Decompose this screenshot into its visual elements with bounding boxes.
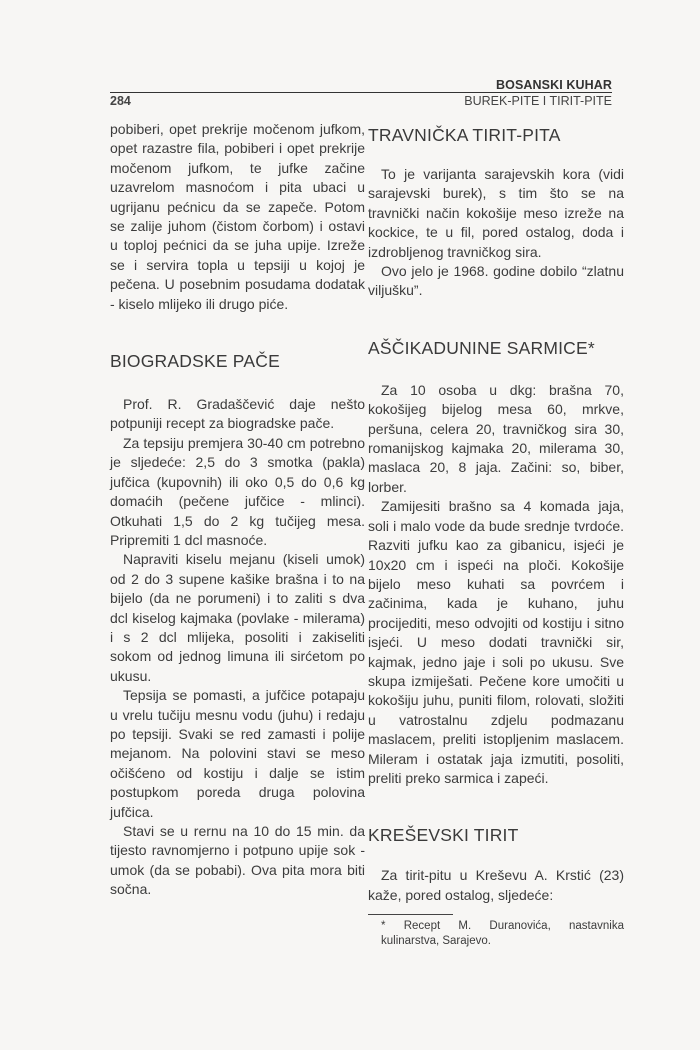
paragraph: To je varijanta sarajevskih kora (vidi s… — [368, 165, 624, 262]
footnote-rule — [368, 914, 453, 915]
section-title-biogradske-pace: BIOGRADSKE PAČE — [110, 350, 365, 372]
header-rule — [110, 92, 612, 93]
paragraph: Stavi se u rernu na 10 do 15 min. da tij… — [110, 822, 365, 900]
paragraph: Napraviti kiselu mejanu (kiseli umok) od… — [110, 550, 365, 686]
right-column: TRAVNIČKA TIRIT-PITA To je varijanta sar… — [368, 120, 624, 949]
left-column: pobiberi, opet prekrije močenom jufkom, … — [110, 120, 365, 900]
paragraph: Za tirit-pitu u Kreševu A. Krstić (23) k… — [368, 866, 624, 905]
running-header: BOSANSKI KUHAR 284 BUREK-PITE I TIRIT-PI… — [110, 78, 612, 108]
paragraph: Za 10 osoba u dkg: brašna 70, kokošijeg … — [368, 381, 624, 497]
section-title-ascikadunine-sarmice: AŠČIKADUNINE SARMICE* — [368, 337, 624, 359]
section-title-kresevski-tirit: KREŠEVSKI TIRIT — [368, 824, 624, 846]
footnote: * Recept M. Duranovića, nastavnika kulin… — [368, 919, 624, 949]
chapter-title: BUREK-PITE I TIRIT-PITE — [464, 94, 612, 108]
book-title: BOSANSKI KUHAR — [110, 78, 612, 92]
page-number: 284 — [110, 94, 131, 108]
paragraph: Ovo jelo je 1968. godine dobilo “zlatnu … — [368, 262, 624, 301]
paragraph: Za tepsiju premjera 30-40 cm potrebno je… — [110, 434, 365, 550]
continuation-paragraph: pobiberi, opet prekrije močenom jufkom, … — [110, 120, 365, 314]
paragraph: Prof. R. Gradaščević daje nešto potpunij… — [110, 395, 365, 434]
section-title-travnicka-tirit-pita: TRAVNIČKA TIRIT-PITA — [368, 124, 624, 146]
paragraph: Tepsija se pomasti, a jufčice potapaju u… — [110, 686, 365, 822]
footnote-text: * Recept M. Duranovića, nastavnika kulin… — [368, 919, 624, 949]
paragraph: Zamijesiti brašno sa 4 komada jaja, soli… — [368, 497, 624, 788]
